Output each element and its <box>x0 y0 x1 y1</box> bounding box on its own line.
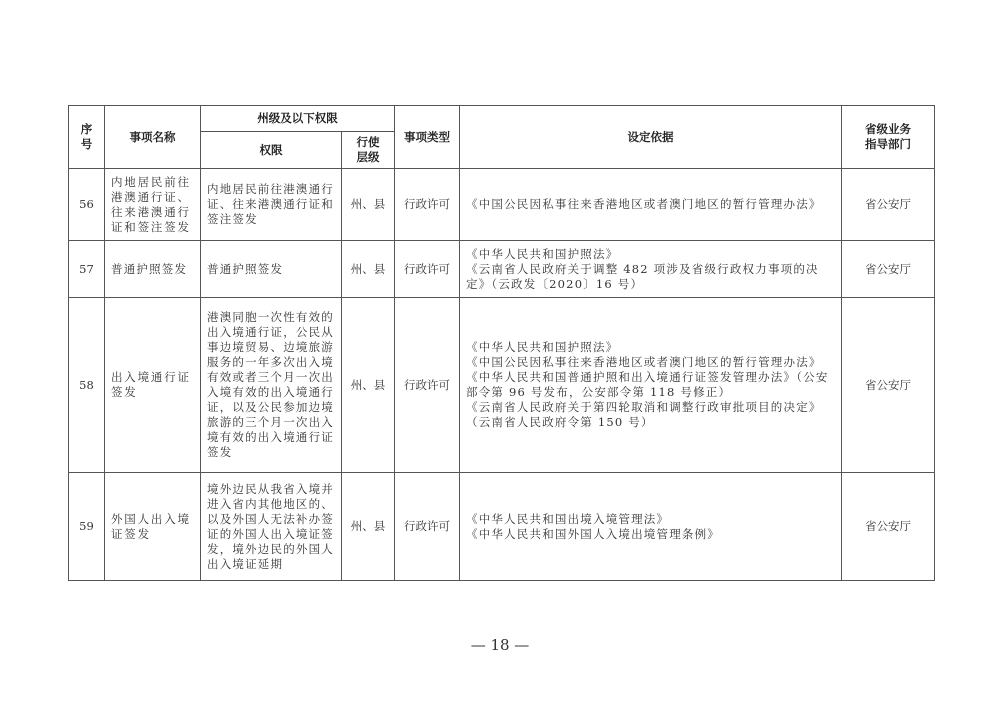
cell-basis: 《中华人民共和国护照法》 《中国公民因私事往来香港地区或者澳门地区的暂行管理办法… <box>460 298 842 473</box>
table-row: 56 内地居民前往港澳通行证、往来港澳通行证和签注签发 内地居民前往港澳通行证、… <box>69 169 935 241</box>
basis-line: 《中华人民共和国护照法》 <box>466 247 835 262</box>
cell-authority: 境外边民从我省入境并进入省内其他地区的、以及外国人无法补办签证的外国人出入境证签… <box>201 473 342 581</box>
basis-line: 《云南省人民政府关于第四轮取消和调整行政审批项目的决定》（云南省人民政府令第 1… <box>466 400 835 430</box>
header-seq-line2: 号 <box>75 137 98 152</box>
header-basis: 设定依据 <box>460 106 842 169</box>
basis-line: 《云南省人民政府关于调整 482 项涉及省级行政权力事项的决定》（云政发〔202… <box>466 262 835 292</box>
cell-authority: 内地居民前往港澳通行证、往来港澳通行证和签注签发 <box>201 169 342 241</box>
cell-level: 州、县 <box>342 298 395 473</box>
header-dept-line1: 省级业务 <box>848 122 928 137</box>
authority-table: 序 号 事项名称 州级及以下权限 事项类型 设定依据 省级业务 指导部门 权限 … <box>68 105 935 581</box>
cell-seq: 58 <box>69 298 105 473</box>
cell-dept: 省公安厅 <box>842 298 935 473</box>
header-dept: 省级业务 指导部门 <box>842 106 935 169</box>
basis-line: 《中华人民共和国外国人入境出境管理条例》 <box>466 527 835 542</box>
cell-item-type: 行政许可 <box>395 473 460 581</box>
cell-authority: 普通护照签发 <box>201 241 342 298</box>
cell-authority: 港澳同胞一次性有效的出入境通行证，公民从事边境贸易、边境旅游服务的一年多次出入境… <box>201 298 342 473</box>
cell-seq: 59 <box>69 473 105 581</box>
cell-level: 州、县 <box>342 473 395 581</box>
cell-dept: 省公安厅 <box>842 169 935 241</box>
cell-seq: 56 <box>69 169 105 241</box>
header-authority: 权限 <box>201 132 342 169</box>
basis-line: 《中华人民共和国普通护照和出入境通行证签发管理办法》（公安部令第 96 号发布，… <box>466 370 835 400</box>
cell-basis: 《中华人民共和国护照法》 《云南省人民政府关于调整 482 项涉及省级行政权力事… <box>460 241 842 298</box>
basis-line: 《中国公民因私事往来香港地区或者澳门地区的暂行管理办法》 <box>466 197 835 212</box>
header-dept-line2: 指导部门 <box>848 137 928 152</box>
cell-item-name: 出入境通行证签发 <box>105 298 201 473</box>
header-item-name: 事项名称 <box>105 106 201 169</box>
basis-line: 《中华人民共和国护照法》 <box>466 340 835 355</box>
header-group-prefecture-authority: 州级及以下权限 <box>201 106 395 132</box>
cell-item-name: 内地居民前往港澳通行证、往来港澳通行证和签注签发 <box>105 169 201 241</box>
cell-level: 州、县 <box>342 169 395 241</box>
cell-basis: 《中华人民共和国出境入境管理法》 《中华人民共和国外国人入境出境管理条例》 <box>460 473 842 581</box>
header-seq: 序 号 <box>69 106 105 169</box>
header-row-1: 序 号 事项名称 州级及以下权限 事项类型 设定依据 省级业务 指导部门 <box>69 106 935 132</box>
cell-item-type: 行政许可 <box>395 241 460 298</box>
header-level: 行使 层级 <box>342 132 395 169</box>
cell-item-type: 行政许可 <box>395 298 460 473</box>
cell-item-name: 普通护照签发 <box>105 241 201 298</box>
cell-seq: 57 <box>69 241 105 298</box>
cell-basis: 《中国公民因私事往来香港地区或者澳门地区的暂行管理办法》 <box>460 169 842 241</box>
table-row: 59 外国人出入境证签发 境外边民从我省入境并进入省内其他地区的、以及外国人无法… <box>69 473 935 581</box>
table-row: 58 出入境通行证签发 港澳同胞一次性有效的出入境通行证，公民从事边境贸易、边境… <box>69 298 935 473</box>
header-level-line2: 层级 <box>348 150 388 165</box>
cell-item-type: 行政许可 <box>395 169 460 241</box>
cell-dept: 省公安厅 <box>842 241 935 298</box>
header-seq-line1: 序 <box>75 122 98 137</box>
cell-dept: 省公安厅 <box>842 473 935 581</box>
basis-line: 《中华人民共和国出境入境管理法》 <box>466 512 835 527</box>
header-level-line1: 行使 <box>348 135 388 150</box>
cell-item-name: 外国人出入境证签发 <box>105 473 201 581</box>
cell-level: 州、县 <box>342 241 395 298</box>
page-number: — 18 — <box>0 636 1000 654</box>
basis-line: 《中国公民因私事往来香港地区或者澳门地区的暂行管理办法》 <box>466 355 835 370</box>
header-item-type: 事项类型 <box>395 106 460 169</box>
table-row: 57 普通护照签发 普通护照签发 州、县 行政许可 《中华人民共和国护照法》 《… <box>69 241 935 298</box>
